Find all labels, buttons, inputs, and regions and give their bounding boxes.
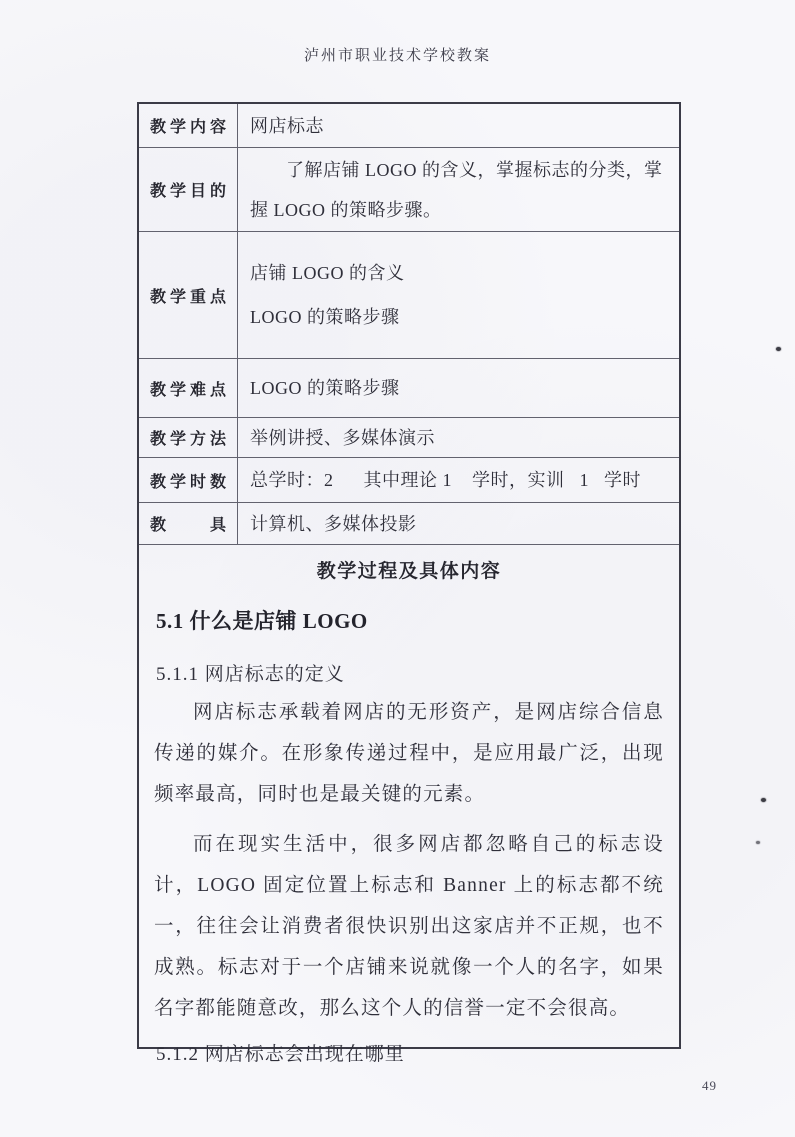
row-value: 了解店铺 LOGO 的含义，掌握标志的分类，掌握 LOGO 的策略步骤。: [250, 150, 667, 230]
row-value: 计算机、多媒体投影: [250, 504, 667, 544]
lesson-content-section: 教学过程及具体内容 5.1 什么是店铺 LOGO 5.1.1 网店标志的定义 网…: [139, 545, 679, 1066]
row-value: 举例讲授、多媒体演示: [250, 418, 667, 458]
scan-artifact-dot: [756, 841, 760, 844]
table-row-teaching-hours: 教学时数 总学时：2 其中理论 1 学时，实训 1 学时: [139, 458, 679, 503]
table-row-teaching-difficulty: 教学难点 LOGO 的策略步骤: [139, 359, 679, 418]
row-label-cell: 教学重点: [139, 232, 238, 358]
document-header-title: 泸州市职业技术学校教案: [0, 44, 795, 65]
row-value-cell: 了解店铺 LOGO 的含义，掌握标志的分类，掌握 LOGO 的策略步骤。: [238, 148, 679, 231]
row-label-cell: 教具: [139, 503, 238, 544]
table-row-teaching-method: 教学方法 举例讲授、多媒体演示: [139, 418, 679, 458]
row-label-cell: 教学方法: [139, 418, 238, 457]
row-value-cell: 店铺 LOGO 的含义 LOGO 的策略步骤: [238, 232, 679, 358]
row-value-line: 店铺 LOGO 的含义: [250, 251, 667, 295]
row-value: 总学时：2 其中理论 1 学时，实训 1 学时: [250, 460, 667, 500]
row-label: 教学方法: [150, 426, 226, 449]
row-value-cell: 网店标志: [238, 104, 679, 147]
scanned-document-page: 泸州市职业技术学校教案 教学内容 网店标志 教学目的 了解店铺 LOGO 的含义…: [0, 0, 795, 1137]
row-label-cell: 教学内容: [139, 104, 238, 147]
row-label: 教具: [150, 512, 226, 535]
row-label-cell: 教学难点: [139, 359, 238, 417]
row-label: 教学时数: [150, 469, 226, 492]
heading-5-1-1: 5.1.1 网店标志的定义: [156, 659, 664, 686]
row-value-cell: LOGO 的策略步骤: [238, 359, 679, 417]
row-value-line: LOGO 的策略步骤: [250, 295, 667, 339]
paragraph-1: 网店标志承载着网店的无形资产，是网店综合信息传递的媒介。在形象传递过程中，是应用…: [154, 692, 664, 815]
table-row-teaching-goal: 教学目的 了解店铺 LOGO 的含义，掌握标志的分类，掌握 LOGO 的策略步骤…: [139, 148, 679, 232]
heading-5-1: 5.1 什么是店铺 LOGO: [156, 605, 664, 635]
row-value-cell: 总学时：2 其中理论 1 学时，实训 1 学时: [238, 458, 679, 502]
scan-artifact-dot: [776, 347, 781, 351]
heading-5-1-2: 5.1.2 网店标志会出现在哪里: [156, 1039, 664, 1066]
table-row-teaching-content: 教学内容 网店标志: [139, 104, 679, 148]
lesson-plan-box: 教学内容 网店标志 教学目的 了解店铺 LOGO 的含义，掌握标志的分类，掌握 …: [137, 102, 681, 1049]
section-heading: 教学过程及具体内容: [154, 556, 664, 583]
row-label: 教学难点: [150, 377, 226, 400]
table-row-teaching-aids: 教具 计算机、多媒体投影: [139, 503, 679, 545]
row-value-cell: 举例讲授、多媒体演示: [238, 418, 679, 457]
scan-artifact-dot: [761, 798, 766, 802]
page-number: 49: [702, 1078, 717, 1094]
table-row-teaching-focus: 教学重点 店铺 LOGO 的含义 LOGO 的策略步骤: [139, 232, 679, 359]
paragraph-2: 而在现实生活中，很多网店都忽略自己的标志设计，LOGO 固定位置上标志和 Ban…: [154, 824, 664, 1029]
row-label: 教学重点: [150, 284, 226, 307]
row-label-cell: 教学目的: [139, 148, 238, 231]
row-label-cell: 教学时数: [139, 458, 238, 502]
row-value: LOGO 的策略步骤: [250, 368, 667, 408]
row-label: 教学目的: [150, 178, 226, 201]
row-value-cell: 计算机、多媒体投影: [238, 503, 679, 544]
row-value: 网店标志: [250, 106, 667, 146]
row-label: 教学内容: [150, 114, 226, 137]
